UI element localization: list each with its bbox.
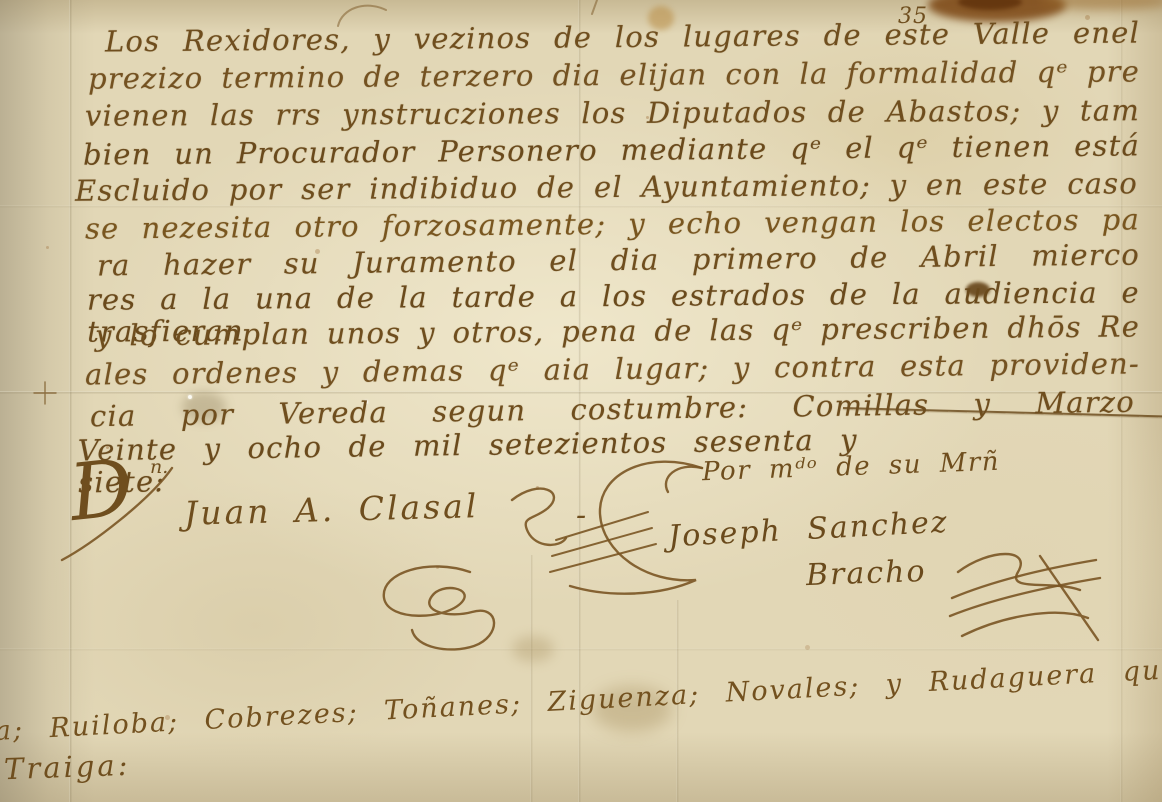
cutoff-stroke: [592, 0, 597, 14]
paraph-hatch-lines: [550, 512, 656, 572]
signature-superscript: n.: [150, 456, 168, 478]
body-line: ales ordenes y demas qᵉ aia lugar; y con…: [85, 348, 1140, 391]
signature-dash: -: [576, 498, 586, 533]
body-line: y lo cumplan unos y otros, pena de las q…: [95, 311, 1140, 352]
signature-curl: [512, 489, 566, 545]
right-rubric: [950, 560, 1100, 616]
footer-places-line: a; Ruiloba; Cobrezes; Toñanes; Ziguenza;…: [0, 654, 1162, 747]
body-line: bien un Procurador Personero mediante qᵉ…: [83, 130, 1140, 171]
body-line: prezizo termino de terzero dia elijan co…: [88, 56, 1140, 95]
manuscript-page: 35 Los Rexidores, y vezinos de los lugar…: [0, 0, 1162, 802]
right-rubric: [962, 556, 1098, 640]
left-rubric: [384, 566, 494, 649]
body-line: Escluido por ser indibiduo de el Ayuntam…: [75, 168, 1138, 207]
right-rubric: [958, 554, 1080, 590]
attestation-signer-last-name: Bracho: [805, 554, 927, 593]
signature-initial: D: [66, 449, 136, 533]
horizontal-fold-line: [0, 648, 1162, 651]
attestation-signer-first-name: Joseph Sanchez: [667, 505, 949, 555]
signature-name: Juan A. Clasal: [184, 486, 480, 533]
footer-note: Traiga:: [3, 748, 131, 786]
body-line: vienen las rrs ynstrucziones los Diputad…: [85, 95, 1140, 132]
paper-stain: [512, 636, 554, 662]
vertical-fold-line: [69, 0, 72, 802]
body-line: Los Rexidores, y vezinos de los lugares …: [105, 17, 1140, 58]
vertical-fold-line: [530, 555, 533, 802]
